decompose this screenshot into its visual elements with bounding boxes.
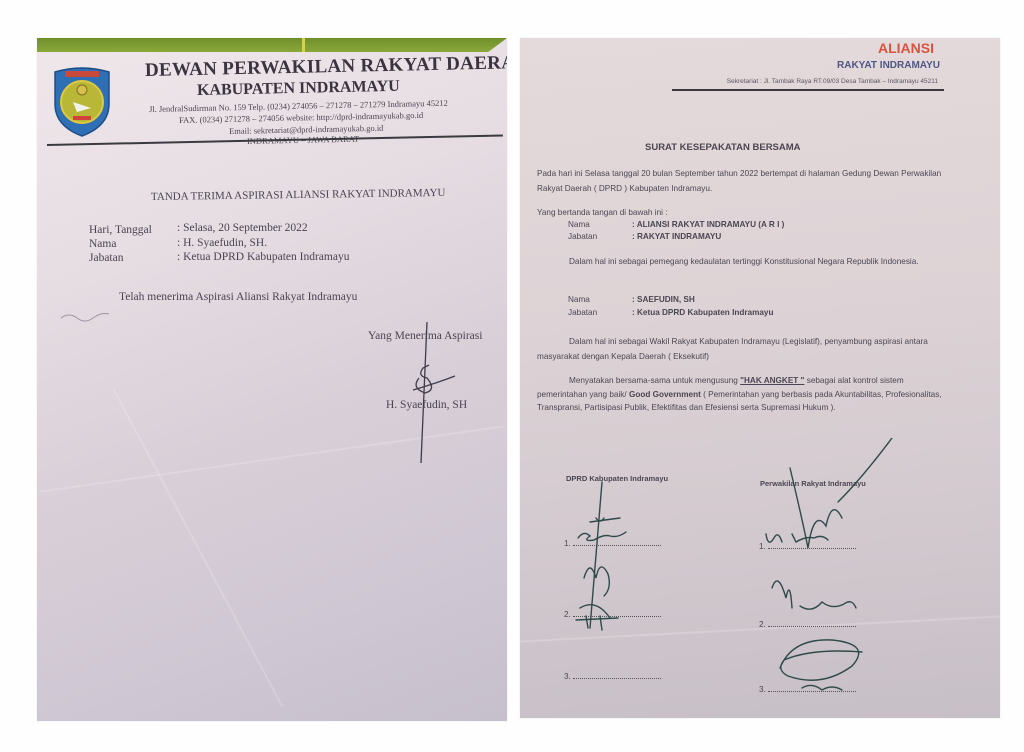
paper-crease [113,389,284,708]
field-label-position: Jabatan [89,252,123,264]
agreement-intro: Pada hari ini Selasa tanggal 20 bulan Se… [537,166,947,196]
agreement-heading: SURAT KESEPAKATAN BERSAMA [645,142,801,153]
party1-name-label: Nama [568,220,590,229]
regency-crest-icon [51,64,113,138]
letterhead-title: DEWAN PERWAKILAN RAKYAT DAERAH [145,52,507,82]
sign-left-slot-3: 3. [564,670,661,681]
org-address: Sekretariat : Jl. Tambak Raya RT.09/03 D… [727,78,938,85]
party1-name-value: : ALIANSI RAKYAT INDRAMAYU (A R I ) [632,220,784,229]
field-label-name: Nama [89,238,116,250]
aliansi-signatures [752,438,912,698]
party2-description: Dalam hal ini sebagai Wakil Rakyat Kabup… [537,334,942,364]
receipt-body: Telah menerima Aspirasi Aliansi Rakyat I… [119,291,357,303]
party1-position-value: : RAKYAT INDRAMAYU [632,232,721,241]
party1-description: Dalam hal ini sebagai pemegang kedaulata… [537,254,949,269]
party2-name-label: Nama [568,295,590,304]
party2-position-label: Jabatan [568,308,597,317]
party2-name-value: : SAEFUDIN, SH [632,295,695,304]
receipt-heading: TANDA TERIMA ASPIRASI ALIANSI RAKYAT IND… [151,187,446,203]
signatory-name: H. Syaefudin, SH [386,399,467,411]
signers-intro: Yang bertanda tangan di bawah ini : [537,208,668,217]
org-subname: RAKYAT INDRAMAYU [837,60,940,71]
letterhead-subtitle: KABUPATEN INDRAMAYU [197,78,400,100]
field-value-position: : Ketua DPRD Kabupaten Indramayu [177,251,349,263]
good-government-keyword: Good Government [629,390,701,399]
field-value-name: : H. Syaefudin, SH. [177,237,267,249]
field-label-date: Hari, Tanggal [89,224,152,236]
joint-agreement-letter-photo: ALIANSI RAKYAT INDRAMAYU Sekretariat : J… [520,38,1000,718]
letterhead-divider [672,89,944,91]
hak-angket-keyword: "HAK ANGKET " [740,376,804,385]
dprd-receipt-letter-photo: DEWAN PERWAKILAN RAKYAT DAERAH KABUPATEN… [37,38,507,721]
signature-mark [397,318,477,468]
grass-background [37,38,507,52]
agreement-statement: Menyatakan bersama-sama untuk mengusung … [537,374,945,415]
faint-scribble [57,306,117,326]
statement-pre: Menyatakan bersama-sama untuk mengusung [569,376,740,385]
dprd-signatures [560,478,680,638]
party1-position-label: Jabatan [568,232,597,241]
party2-position-value: : Ketua DPRD Kabupaten Indramayu [632,308,773,317]
org-name: ALIANSI [878,40,934,56]
field-value-date: : Selasa, 20 September 2022 [177,222,308,234]
